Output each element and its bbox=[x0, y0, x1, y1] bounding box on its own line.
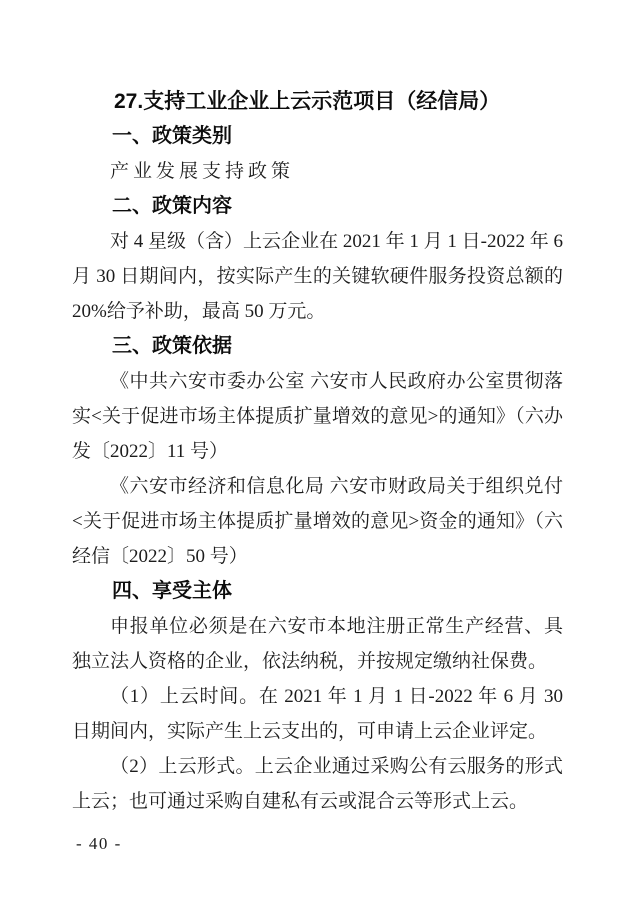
text-line: 《六安市经济和信息化局 六安市财政局关于组织兑付 bbox=[72, 469, 563, 504]
text-line: 发〔2022〕11 号） bbox=[72, 434, 563, 469]
text-line: 经信〔2022〕50 号） bbox=[72, 539, 563, 574]
text-line: 《中共六安市委办公室 六安市人民政府办公室贯彻落 bbox=[72, 364, 563, 399]
text-line: 独立法人资格的企业，依法纳税，并按规定缴纳社保费。 bbox=[72, 644, 563, 679]
section-heading: 三、政策依据 bbox=[72, 329, 563, 364]
section-heading: 二、政策内容 bbox=[72, 189, 563, 224]
text-line: 日期间内，实际产生上云支出的，可申请上云企业评定。 bbox=[72, 714, 563, 749]
text-line: （2）上云形式。上云企业通过采购公有云服务的形式 bbox=[72, 749, 563, 784]
section-heading: 四、享受主体 bbox=[72, 574, 563, 609]
section-heading: 一、政策类别 bbox=[72, 119, 563, 154]
text-line: 上云；也可通过采购自建私有云或混合云等形式上云。 bbox=[72, 784, 563, 819]
document-page: 27.支持工业企业上云示范项目（经信局）一、政策类别产业发展支持政策二、政策内容… bbox=[0, 0, 642, 907]
text-line: （1）上云时间。在 2021 年 1 月 1 日-2022 年 6 月 30 bbox=[72, 679, 563, 714]
text-line: 申报单位必须是在六安市本地注册正常生产经营、具有 bbox=[72, 609, 563, 644]
text-line: 实<关于促进市场主体提质扩量增效的意见>的通知》（六办 bbox=[72, 399, 563, 434]
text-line: <关于促进市场主体提质扩量增效的意见>资金的通知》（六 bbox=[72, 504, 563, 539]
document-title: 27.支持工业企业上云示范项目（经信局） bbox=[72, 84, 563, 119]
text-line: 20%给予补助，最高 50 万元。 bbox=[72, 294, 563, 329]
text-line: 月 30 日期间内，按实际产生的关键软硬件服务投资总额的 bbox=[72, 259, 563, 294]
document-content: 27.支持工业企业上云示范项目（经信局）一、政策类别产业发展支持政策二、政策内容… bbox=[72, 84, 563, 819]
text-line: 产业发展支持政策 bbox=[72, 154, 563, 189]
page-number: - 40 - bbox=[76, 834, 122, 854]
text-line: 对 4 星级（含）上云企业在 2021 年 1 月 1 日-2022 年 6 bbox=[72, 224, 563, 259]
